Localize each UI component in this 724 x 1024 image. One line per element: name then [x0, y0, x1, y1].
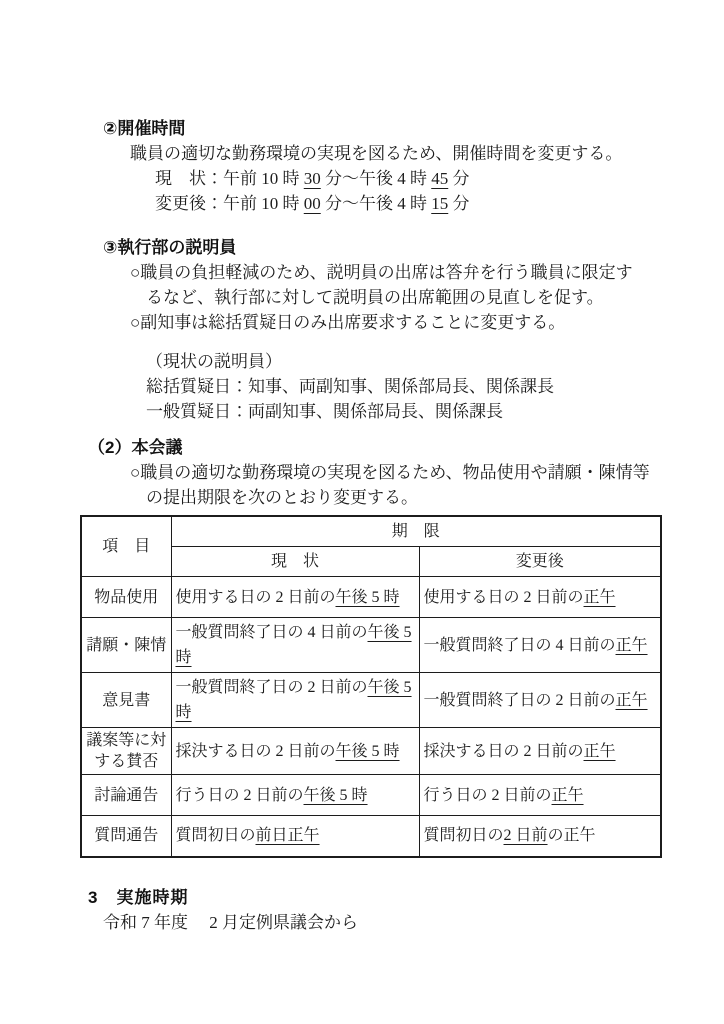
item-cell: 質問通告: [81, 816, 171, 857]
note-title: （現状の説明員）: [146, 349, 660, 374]
item-cell: 討論通告: [81, 775, 171, 816]
plain-text: 質問初日の: [176, 827, 256, 844]
changed-deadline-cell: 一般質問終了日の 4 日前の正午: [419, 618, 661, 673]
header-deadline: 期 限: [171, 516, 661, 547]
underlined-text: 正午: [584, 589, 616, 606]
underlined-text: 前日正午: [256, 827, 320, 844]
item-cell: 物品使用: [81, 577, 171, 618]
current-deadline-cell: 使用する日の 2 日前の午後 5 時: [171, 577, 419, 618]
plain-text: 変更後：午前 10 時: [155, 194, 304, 213]
plain-text: 一般質問終了日の 4 日前の: [176, 624, 368, 641]
changed-deadline-cell: 質問初日の2 日前の正午: [419, 816, 661, 857]
document-page: ②開催時間 職員の適切な勤務環境の実現を図るため、開催時間を変更する。 現 状：…: [0, 0, 724, 1024]
table-row: 請願・陳情一般質問終了日の 4 日前の午後 5 時一般質問終了日の 4 日前の正…: [81, 618, 661, 673]
table-header-row-1: 項 目 期 限: [81, 516, 661, 547]
underlined-text: 00: [304, 194, 321, 213]
section-setsumeiin: ③執行部の説明員 ○職員の負担軽減のため、説明員の出席は答弁を行う職員に限定す …: [80, 235, 660, 424]
heading-kaisai-jikan: ②開催時間: [103, 116, 660, 141]
deadline-table-body: 物品使用使用する日の 2 日前の午後 5 時使用する日の 2 日前の正午請願・陳…: [81, 577, 661, 857]
header-changed: 変更後: [419, 547, 661, 577]
plain-text: 採決する日の 2 日前の: [176, 743, 336, 760]
plain-text: 一般質問終了日の 2 日前の: [424, 692, 616, 709]
underlined-text: 午後 5 時: [336, 589, 400, 606]
underlined-text: 午後 5 時: [336, 743, 400, 760]
plain-text: 質問初日の: [424, 827, 504, 844]
section-kaisai-jikan: ②開催時間 職員の適切な勤務環境の実現を図るため、開催時間を変更する。 現 状：…: [80, 116, 660, 216]
note-line-ippan: 一般質疑日：両副知事、関係部局長、関係課長: [146, 399, 660, 424]
plain-text: 行う日の 2 日前の: [176, 787, 304, 804]
plain-text: 分: [448, 169, 469, 188]
item-cell: 意見書: [81, 673, 171, 728]
underlined-text: 15: [431, 194, 448, 213]
section-honkaigi: （2）本会議 ○職員の適切な勤務環境の実現を図るため、物品使用や請願・陳情等 の…: [80, 435, 660, 858]
table-row: 質問通告質問初日の前日正午質問初日の2 日前の正午: [81, 816, 661, 857]
underlined-text: 午後 5 時: [304, 787, 368, 804]
plain-text: の正午: [548, 827, 596, 844]
heading-jisshi-jiki: 3 実施時期: [88, 885, 660, 910]
underlined-text: 2 日前: [504, 827, 548, 844]
header-current: 現 状: [171, 547, 419, 577]
setsumeiin-bullet1-line1: ○職員の負担軽減のため、説明員の出席は答弁を行う職員に限定す: [130, 260, 660, 285]
plain-text: 一般質問終了日の 2 日前の: [176, 679, 368, 696]
honkaigi-bullet-line2: の提出期限を次のとおり変更する。: [146, 485, 660, 510]
honkaigi-bullet-line1: ○職員の適切な勤務環境の実現を図るため、物品使用や請願・陳情等: [130, 460, 660, 485]
item-cell: 請願・陳情: [81, 618, 171, 673]
setsumeiin-bullet1-line2: るなど、執行部に対して説明員の出席範囲の見直しを促す。: [146, 285, 660, 310]
plain-text: 使用する日の 2 日前の: [176, 589, 336, 606]
changed-deadline-cell: 行う日の 2 日前の正午: [419, 775, 661, 816]
plain-text: 分～午後 4 時: [321, 194, 432, 213]
table-row: 議案等に対 する賛否採決する日の 2 日前の午後 5 時採決する日の 2 日前の…: [81, 728, 661, 775]
changed-deadline-cell: 一般質問終了日の 2 日前の正午: [419, 673, 661, 728]
underlined-text: 45: [431, 169, 448, 188]
current-deadline-cell: 一般質問終了日の 4 日前の午後 5 時: [171, 618, 419, 673]
current-deadline-cell: 一般質問終了日の 2 日前の午後 5 時: [171, 673, 419, 728]
section-jisshi-jiki: 3 実施時期 令和 7 年度 2 月定例県議会から: [80, 885, 660, 935]
heading-honkaigi: （2）本会議: [88, 435, 660, 460]
note-line-soukatsu: 総括質疑日：知事、両副知事、関係部局長、関係課長: [146, 374, 660, 399]
setsumeiin-bullet2: ○副知事は総括質疑日のみ出席要求することに変更する。: [130, 310, 660, 335]
underlined-text: 正午: [616, 637, 648, 654]
plain-text: 行う日の 2 日前の: [424, 787, 552, 804]
kaisai-body-text: 職員の適切な勤務環境の実現を図るため、開催時間を変更する。: [130, 141, 660, 166]
plain-text: 分: [448, 194, 469, 213]
table-row: 討論通告行う日の 2 日前の午後 5 時行う日の 2 日前の正午: [81, 775, 661, 816]
header-item: 項 目: [81, 516, 171, 577]
underlined-text: 正午: [616, 692, 648, 709]
table-row: 意見書一般質問終了日の 2 日前の午後 5 時一般質問終了日の 2 日前の正午: [81, 673, 661, 728]
current-deadline-cell: 行う日の 2 日前の午後 5 時: [171, 775, 419, 816]
plain-text: 現 状：午前 10 時: [155, 169, 304, 188]
table-row: 物品使用使用する日の 2 日前の午後 5 時使用する日の 2 日前の正午: [81, 577, 661, 618]
underlined-text: 正午: [584, 743, 616, 760]
plain-text: 分～午後 4 時: [321, 169, 432, 188]
plain-text: 使用する日の 2 日前の: [424, 589, 584, 606]
item-cell: 議案等に対 する賛否: [81, 728, 171, 775]
changed-time-line: 変更後：午前 10 時 00 分～午後 4 時 15 分: [155, 191, 660, 216]
jisshi-body-text: 令和 7 年度 2 月定例県議会から: [103, 910, 660, 935]
current-deadline-cell: 採決する日の 2 日前の午後 5 時: [171, 728, 419, 775]
underlined-text: 正午: [552, 787, 584, 804]
changed-deadline-cell: 使用する日の 2 日前の正午: [419, 577, 661, 618]
changed-deadline-cell: 採決する日の 2 日前の正午: [419, 728, 661, 775]
plain-text: 一般質問終了日の 4 日前の: [424, 637, 616, 654]
current-deadline-cell: 質問初日の前日正午: [171, 816, 419, 857]
plain-text: 採決する日の 2 日前の: [424, 743, 584, 760]
current-time-line: 現 状：午前 10 時 30 分～午後 4 時 45 分: [155, 166, 660, 191]
heading-setsumeiin: ③執行部の説明員: [103, 235, 660, 260]
underlined-text: 30: [304, 169, 321, 188]
deadline-table: 項 目 期 限 現 状 変更後 物品使用使用する日の 2 日前の午後 5 時使用…: [80, 515, 662, 858]
